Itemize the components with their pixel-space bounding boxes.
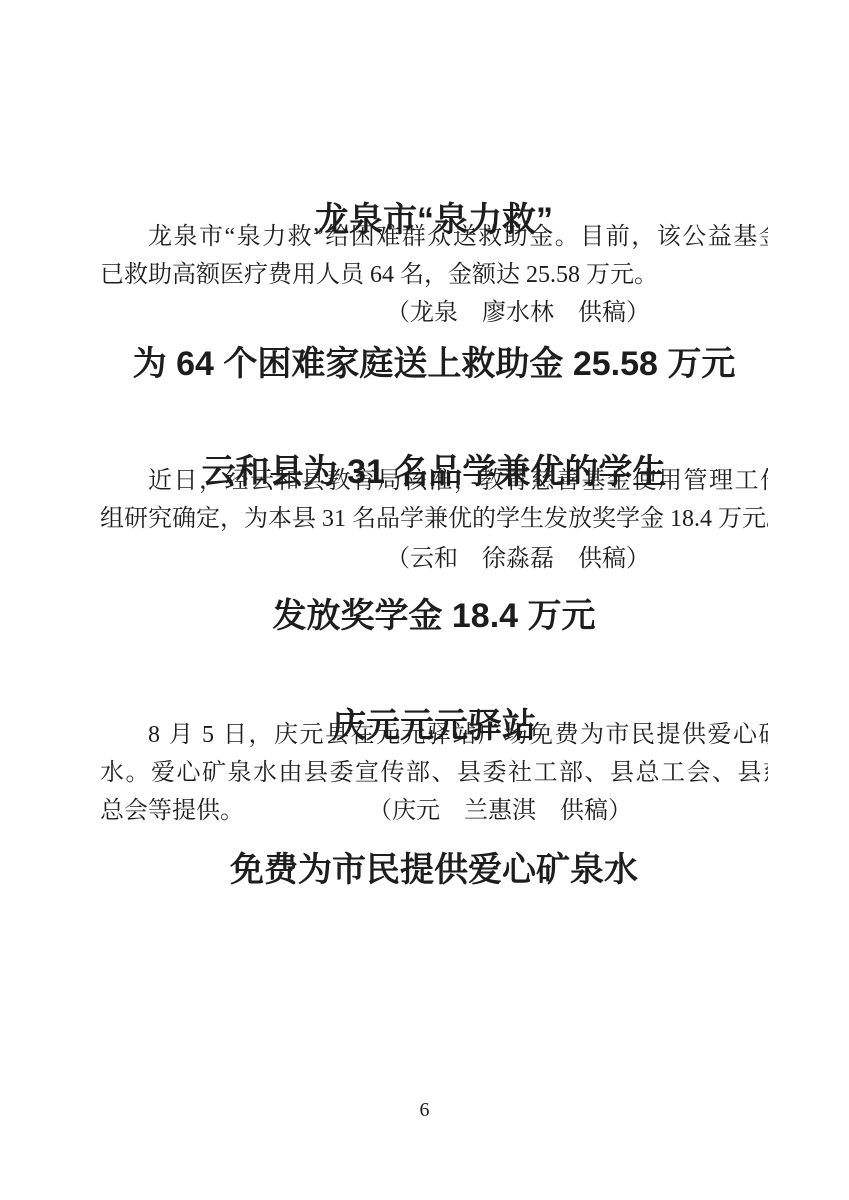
attribution: （庆元 兰惠淇 供稿）	[368, 792, 632, 830]
attribution: （龙泉 廖水林 供稿）	[100, 294, 768, 332]
article-body: 8 月 5 日，庆元县在元元驿站广场免费为市民提供爱心矿泉 水。爱心矿泉水由县委…	[100, 716, 768, 830]
body-line: 水。爱心矿泉水由县委宣传部、县委社工部、县总工会、县慈善	[100, 754, 768, 792]
title-line: 免费为市民提供爱心矿泉水	[100, 846, 768, 894]
article-body: 近日，经云和县教育局核准，教育慈善基金使用管理工作小 组研究确定，为本县 31 …	[100, 462, 768, 538]
body-line: 组研究确定，为本县 31 名品学兼优的学生发放奖学金 18.4 万元。	[100, 500, 768, 538]
attribution: （云和 徐淼磊 供稿）	[100, 540, 768, 578]
body-line-text: 总会等提供。	[100, 792, 244, 830]
document-page: 龙泉市“泉力救” 为 64 个困难家庭送上救助金 25.58 万元 龙泉市“泉力…	[0, 0, 849, 1200]
body-line: 总会等提供。 （庆元 兰惠淇 供稿）	[100, 792, 768, 830]
body-line: 龙泉市“泉力救”给困难群众送救助金。目前，该公益基金	[100, 218, 768, 256]
body-line: 近日，经云和县教育局核准，教育慈善基金使用管理工作小	[100, 462, 768, 500]
article-body: 龙泉市“泉力救”给困难群众送救助金。目前，该公益基金 已救助高额医疗费用人员 6…	[100, 218, 768, 294]
body-line: 已救助高额医疗费用人员 64 名，金额达 25.58 万元。	[100, 256, 768, 294]
body-line: 8 月 5 日，庆元县在元元驿站广场免费为市民提供爱心矿泉	[100, 716, 768, 754]
page-number: 6	[0, 1096, 849, 1124]
